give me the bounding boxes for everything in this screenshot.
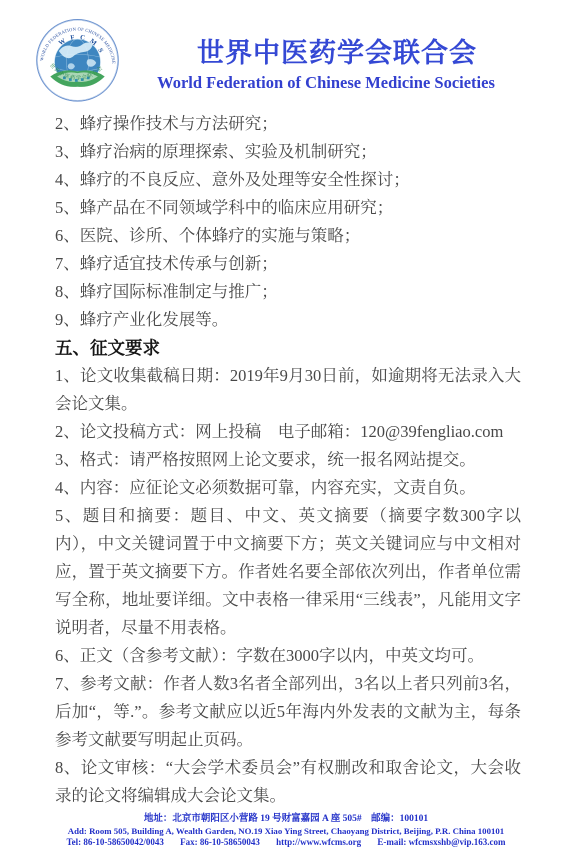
requirement-item-3: 3、格式：请严格按照网上论文要求，统一报名网站提交。: [55, 446, 521, 474]
requirement-item-7: 7、参考文献：作者人数3名者全部列出，3名以上者只列前3名，后加“，等.”。参考…: [55, 670, 521, 754]
footer-tel: Tel: 86-10-58650042/0043: [66, 837, 163, 847]
document-page: WORLD FEDERATION OF CHINESE MEDICINE SOC…: [0, 0, 572, 858]
footer-website: http://www.wfcms.org: [276, 837, 361, 847]
topic-item-5: 5、蜂产品在不同领域学科中的临床应用研究；: [55, 194, 521, 222]
letterhead-footer: 地址：北京市朝阳区小营路 19 号财富嘉园 A 座 505# 邮编：100101…: [0, 814, 572, 849]
topic-item-8: 8、蜂疗国际标准制定与推广；: [55, 278, 521, 306]
footer-contact-line: Tel: 86-10-58650042/0043 Fax: 86-10-5865…: [0, 837, 572, 849]
topic-item-3: 3、蜂疗治病的原理探索、实验及机制研究；: [55, 138, 521, 166]
requirement-item-5: 5、题目和摘要：题目、中文、英文摘要（摘要字数300字以内），中文关键词置于中文…: [55, 502, 521, 642]
topic-item-2: 2、蜂疗操作技术与方法研究；: [55, 110, 521, 138]
requirement-item-4: 4、内容：应征论文必须数据可靠，内容充实，文责自负。: [55, 474, 521, 502]
document-body: 2、蜂疗操作技术与方法研究； 3、蜂疗治病的原理探索、实验及机制研究； 4、蜂疗…: [55, 110, 521, 810]
org-name-chinese: 世界中医药学会联合会: [118, 31, 556, 70]
topic-item-4: 4、蜂疗的不良反应、意外及处理等安全性探讨；: [55, 166, 521, 194]
footer-address-zh: 地址：北京市朝阳区小营路 19 号财富嘉园 A 座 505# 邮编：100101: [0, 814, 572, 826]
footer-address-en: Add: Room 505, Building A, Wealth Garden…: [0, 826, 572, 838]
topic-item-7: 7、蜂疗适宜技术传承与创新；: [55, 250, 521, 278]
requirement-item-6: 6、正文（含参考文献）：字数在3000字以内，中英文均可。: [55, 642, 521, 670]
footer-email: E-mail: wfcmsxshb@vip.163.com: [377, 837, 505, 847]
section-heading: 五、征文要求: [55, 334, 521, 362]
topic-item-9: 9、蜂疗产业化发展等。: [55, 306, 521, 334]
org-name-english: World Federation of Chinese Medicine Soc…: [80, 73, 572, 93]
requirement-item-8: 8、论文审核：“大会学术委员会”有权删改和取舍论文，大会收录的论文将编辑成大会论…: [55, 754, 521, 810]
requirement-item-2: 2、论文投稿方式：网上投稿 电子邮箱：120@39fengliao.com: [55, 418, 521, 446]
topic-item-6: 6、医院、诊所、个体蜂疗的实施与策略；: [55, 222, 521, 250]
footer-fax: Fax: 86-10-58650043: [180, 837, 260, 847]
requirement-item-1: 1、论文收集截稿日期：2019年9月30日前，如逾期将无法录入大会论文集。: [55, 362, 521, 418]
